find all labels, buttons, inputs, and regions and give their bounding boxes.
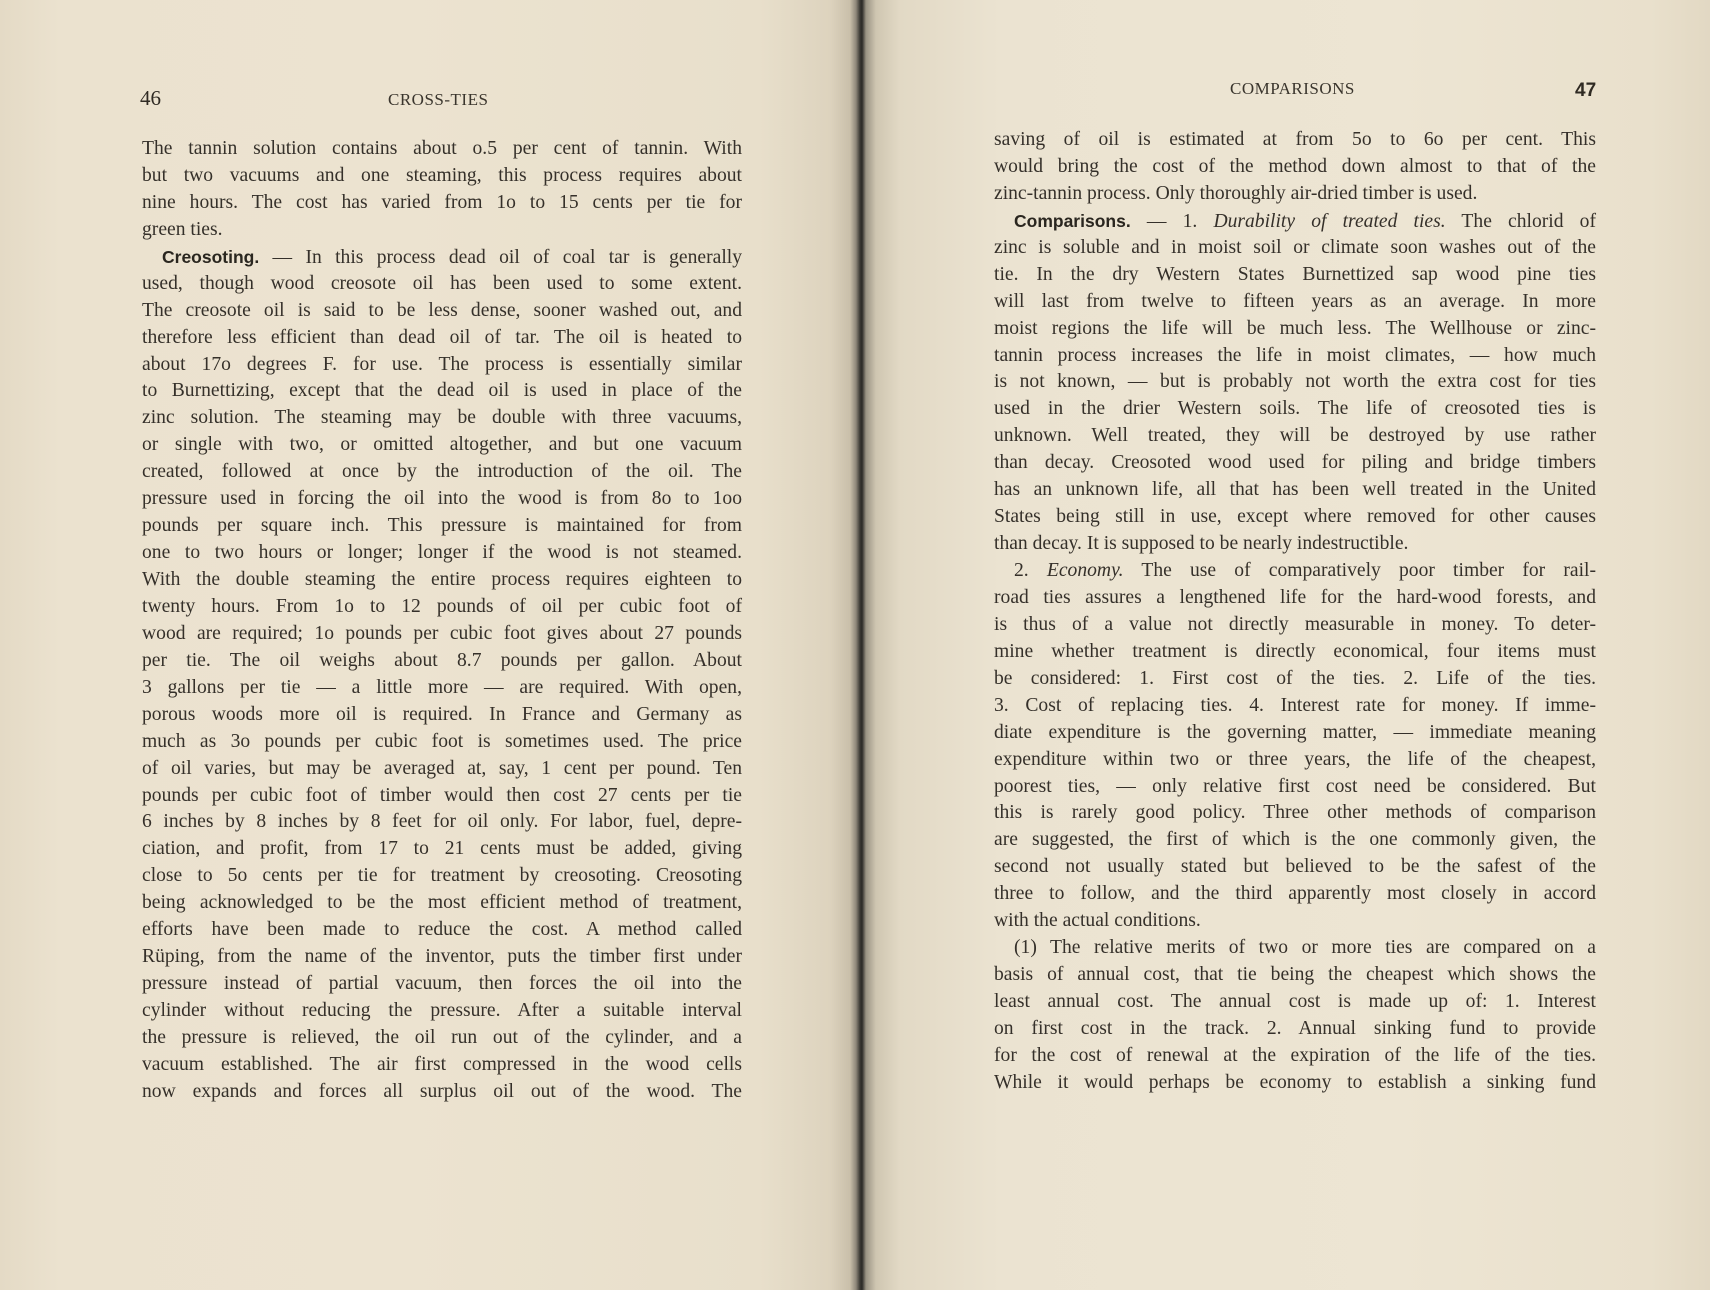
text-line: pressure used in forcing the oil into th…	[142, 486, 742, 513]
text-line: has an unknown life, all that has been w…	[994, 477, 1596, 504]
text-line: wood are required; 1o pounds per cubic f…	[142, 621, 742, 648]
text-line: about 17o degrees F. for use. The proces…	[142, 352, 742, 379]
text-line: used in the drier Western soils. The lif…	[994, 396, 1596, 423]
text-line: (1) The relative merits of two or more t…	[994, 935, 1596, 962]
text-line: ciation, and profit, from 17 to 21 cents…	[142, 836, 742, 863]
text-line: While it would perhaps be economy to est…	[994, 1070, 1596, 1097]
text-line: of oil varies, but may be averaged at, s…	[142, 756, 742, 783]
text-line: one to two hours or longer; longer if th…	[142, 540, 742, 567]
text-line: the pressure is relieved, the oil run ou…	[142, 1025, 742, 1052]
text-line: cylinder without reducing the pressure. …	[142, 998, 742, 1025]
italic-subheading: Economy.	[1047, 560, 1124, 581]
text-line: to Burnettizing, except that the dead oi…	[142, 378, 742, 405]
book-spread: 46 CROSS-TIES The tannin solution contai…	[0, 0, 1710, 1290]
text-line: twenty hours. From 1o to 12 pounds of oi…	[142, 594, 742, 621]
text-line: least annual cost. The annual cost is ma…	[994, 989, 1596, 1016]
text-line: The tannin solution contains about o.5 p…	[142, 136, 742, 163]
text-line: mine whether treatment is directly econo…	[994, 639, 1596, 666]
left-page: 46 CROSS-TIES The tannin solution contai…	[0, 0, 858, 1290]
text-line: tannin process increases the life in moi…	[994, 343, 1596, 370]
text-line: 3 gallons per tie — a little more — are …	[142, 675, 742, 702]
text-line: moist regions the life will be much less…	[994, 316, 1596, 343]
text-line: with the actual conditions.	[994, 908, 1596, 935]
text-line: zinc solution. The steaming may be doubl…	[142, 405, 742, 432]
text-line: expenditure within two or three years, t…	[994, 747, 1596, 774]
text-line: 6 inches by 8 inches by 8 feet for oil o…	[142, 809, 742, 836]
text-line: pounds per cubic foot of timber would th…	[142, 783, 742, 810]
text-line: three to follow, and the third apparentl…	[994, 881, 1596, 908]
section-heading: Comparisons.	[1014, 211, 1131, 231]
text-line: created, followed at once by the introdu…	[142, 459, 742, 486]
page-number: 46	[140, 86, 161, 111]
text-line: therefore less efficient than dead oil o…	[142, 325, 742, 352]
text-line: road ties assures a lengthened life for …	[994, 585, 1596, 612]
text-line: efforts have been made to reduce the cos…	[142, 917, 742, 944]
text-line: are suggested, the first of which is the…	[994, 827, 1596, 854]
text-line: 2. Economy. The use of comparatively poo…	[994, 558, 1596, 585]
text-line: zinc is soluble and in moist soil or cli…	[994, 235, 1596, 262]
text-line: than decay. It is supposed to be nearly …	[994, 531, 1596, 558]
page-number: 47	[1575, 80, 1596, 102]
text-line: green ties.	[142, 217, 742, 244]
text-line: be considered: 1. First cost of the ties…	[994, 666, 1596, 693]
text-line: diate expenditure is the governing matte…	[994, 720, 1596, 747]
text-line: basis of annual cost, that tie being the…	[994, 962, 1596, 989]
text-line: or single with two, or omitted altogethe…	[142, 432, 742, 459]
right-page: COMPARISONS 47 saving of oil is estimate…	[864, 0, 1710, 1290]
text-line: 3. Cost of replacing ties. 4. Interest r…	[994, 693, 1596, 720]
body-text: saving of oil is estimated at from 5o to…	[994, 127, 1596, 1097]
text-line: Creosoting. — In this process dead oil o…	[142, 244, 742, 271]
text-line: poorest ties, — only relative first cost…	[994, 774, 1596, 801]
text-line: Comparisons. — 1. Durability of treated …	[994, 208, 1596, 235]
running-head: CROSS-TIES	[388, 90, 488, 110]
text-line: Rüping, from the name of the inventor, p…	[142, 944, 742, 971]
text-line: is thus of a value not directly measurab…	[994, 612, 1596, 639]
text-line: second not usually stated but believed t…	[994, 854, 1596, 881]
body-text: The tannin solution contains about o.5 p…	[142, 136, 742, 1106]
text-line: nine hours. The cost has varied from 1o …	[142, 190, 742, 217]
text-line: States being still in use, except where …	[994, 504, 1596, 531]
text-line: for the cost of renewal at the expiratio…	[994, 1043, 1596, 1070]
text-line: used, though wood creosote oil has been …	[142, 271, 742, 298]
text-line: The creosote oil is said to be less dens…	[142, 298, 742, 325]
text-line: would bring the cost of the method down …	[994, 154, 1596, 181]
text-line: but two vacuums and one steaming, this p…	[142, 163, 742, 190]
section-heading: Creosoting.	[162, 247, 259, 267]
text-line: close to 5o cents per tie for treatment …	[142, 863, 742, 890]
italic-subheading: Durability of treated ties.	[1213, 211, 1445, 232]
text-line: much as 3o pounds per cubic foot is some…	[142, 729, 742, 756]
running-head: COMPARISONS	[1230, 79, 1355, 99]
text-line: being acknowledged to be the most effici…	[142, 890, 742, 917]
text-line: unknown. Well treated, they will be dest…	[994, 423, 1596, 450]
text-line: tie. In the dry Western States Burnettiz…	[994, 262, 1596, 289]
text-line: now expands and forces all surplus oil o…	[142, 1079, 742, 1106]
text-line: pounds per square inch. This pressure is…	[142, 513, 742, 540]
text-line: zinc-tannin process. Only thoroughly air…	[994, 181, 1596, 208]
text-line: will last from twelve to fifteen years a…	[994, 289, 1596, 316]
text-line: saving of oil is estimated at from 5o to…	[994, 127, 1596, 154]
text-line: than decay. Creosoted wood used for pili…	[994, 450, 1596, 477]
text-line: porous woods more oil is required. In Fr…	[142, 702, 742, 729]
text-line: With the double steaming the entire proc…	[142, 567, 742, 594]
text-line: pressure instead of partial vacuum, then…	[142, 971, 742, 998]
text-line: on first cost in the track. 2. Annual si…	[994, 1016, 1596, 1043]
text-line: is not known, — but is probably not wort…	[994, 369, 1596, 396]
text-line: vacuum established. The air first compre…	[142, 1052, 742, 1079]
text-line: per tie. The oil weighs about 8.7 pounds…	[142, 648, 742, 675]
text-line: this is rarely good policy. Three other …	[994, 800, 1596, 827]
